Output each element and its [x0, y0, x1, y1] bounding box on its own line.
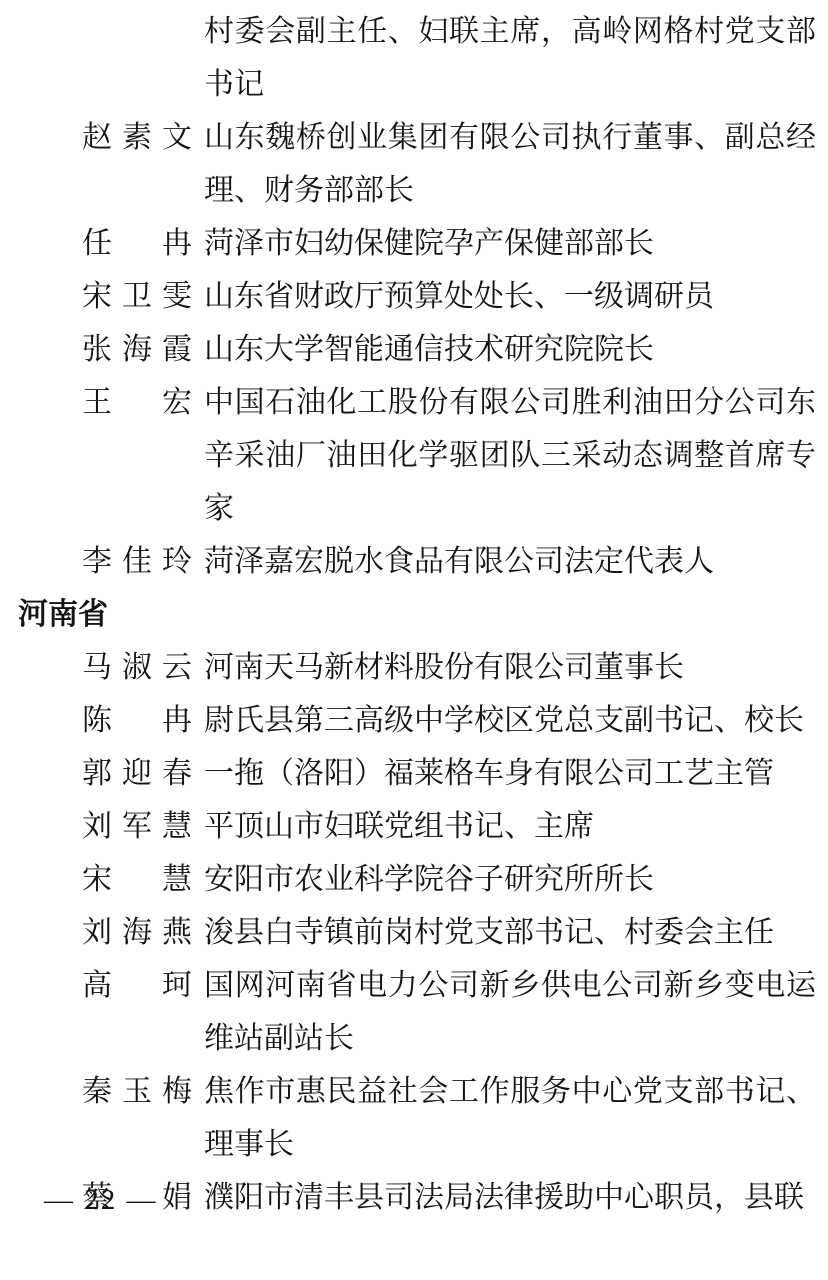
laureate-name: 张海霞 — [82, 323, 192, 376]
laureate-entry: 刘海燕 浚县白寺镇前岗村党支部书记、村委会主任 — [0, 906, 828, 959]
laureate-entry: 张海霞 山东大学智能通信技术研究院院长 — [0, 323, 828, 376]
laureate-name: 郭迎春 — [82, 747, 192, 800]
laureate-entry: 郭迎春 一拖（洛阳）福莱格车身有限公司工艺主管 — [0, 747, 828, 800]
laureate-title: 山东省财政厅预算处处长、一级调研员 — [204, 270, 816, 323]
laureate-entry: 刘军慧 平顶山市妇联党组书记、主席 — [0, 800, 828, 853]
laureate-entry: 村委会副主任、妇联主席，高岭网格村党支部书记 — [0, 5, 828, 111]
section-header-henan: 河南省 — [0, 588, 828, 641]
laureate-name: 王宏 — [82, 376, 192, 429]
laureate-title: 菏泽嘉宏脱水食品有限公司法定代表人 — [204, 535, 816, 588]
laureate-entry: 高珂 国网河南省电力公司新乡供电公司新乡变电运维站副站长 — [0, 959, 828, 1065]
laureate-name: 刘军慧 — [82, 800, 192, 853]
laureate-entry: 宋慧 安阳市农业科学院谷子研究所所长 — [0, 853, 828, 906]
page-number: — 22 — — [44, 1180, 158, 1220]
laureate-entry: 任冉 菏泽市妇幼保健院孕产保健部部长 — [0, 217, 828, 270]
laureate-title: 浚县白寺镇前岗村党支部书记、村委会主任 — [204, 906, 816, 959]
laureate-name: 马淑云 — [82, 641, 192, 694]
document-page: 村委会副主任、妇联主席，高岭网格村党支部书记 赵素文 山东魏桥创业集团有限公司执… — [0, 0, 828, 1280]
laureate-title: 一拖（洛阳）福莱格车身有限公司工艺主管 — [204, 747, 816, 800]
laureate-name: 宋慧 — [82, 853, 192, 906]
laureate-name: 宋卫雯 — [82, 270, 192, 323]
laureate-title: 尉氏县第三高级中学校区党总支副书记、校长 — [204, 694, 816, 747]
laureate-title: 中国石油化工股份有限公司胜利油田分公司东辛采油厂油田化学驱团队三采动态调整首席专… — [204, 376, 816, 535]
laureate-name: 陈冉 — [82, 694, 192, 747]
laureate-list: 村委会副主任、妇联主席，高岭网格村党支部书记 赵素文 山东魏桥创业集团有限公司执… — [0, 5, 828, 1224]
laureate-name: 刘海燕 — [82, 906, 192, 959]
laureate-title: 濮阳市清丰县司法局法律援助中心职员，县联 — [204, 1171, 816, 1224]
laureate-entry: 马淑云 河南天马新材料股份有限公司董事长 — [0, 641, 828, 694]
laureate-name: 任冉 — [82, 217, 192, 270]
laureate-title: 村委会副主任、妇联主席，高岭网格村党支部书记 — [204, 5, 816, 111]
laureate-title: 山东大学智能通信技术研究院院长 — [204, 323, 816, 376]
laureate-entry: 宋卫雯 山东省财政厅预算处处长、一级调研员 — [0, 270, 828, 323]
laureate-entry: 赵素文 山东魏桥创业集团有限公司执行董事、副总经理、财务部部长 — [0, 111, 828, 217]
laureate-name — [82, 5, 192, 58]
laureate-name: 秦玉梅 — [82, 1065, 192, 1118]
laureate-title: 国网河南省电力公司新乡供电公司新乡变电运维站副站长 — [204, 959, 816, 1065]
laureate-title: 河南天马新材料股份有限公司董事长 — [204, 641, 816, 694]
laureate-entry: 陈冉 尉氏县第三高级中学校区党总支副书记、校长 — [0, 694, 828, 747]
laureate-title: 菏泽市妇幼保健院孕产保健部部长 — [204, 217, 816, 270]
laureate-entry: 王宏 中国石油化工股份有限公司胜利油田分公司东辛采油厂油田化学驱团队三采动态调整… — [0, 376, 828, 535]
laureate-name: 高珂 — [82, 959, 192, 1012]
laureate-entry: 秦玉梅 焦作市惠民益社会工作服务中心党支部书记、理事长 — [0, 1065, 828, 1171]
laureate-title: 山东魏桥创业集团有限公司执行董事、副总经理、财务部部长 — [204, 111, 816, 217]
laureate-title: 安阳市农业科学院谷子研究所所长 — [204, 853, 816, 906]
laureate-entry: 李佳玲 菏泽嘉宏脱水食品有限公司法定代表人 — [0, 535, 828, 588]
laureate-name: 赵素文 — [82, 111, 192, 164]
laureate-name: 李佳玲 — [82, 535, 192, 588]
laureate-title: 焦作市惠民益社会工作服务中心党支部书记、理事长 — [204, 1065, 816, 1171]
laureate-title: 平顶山市妇联党组书记、主席 — [204, 800, 816, 853]
